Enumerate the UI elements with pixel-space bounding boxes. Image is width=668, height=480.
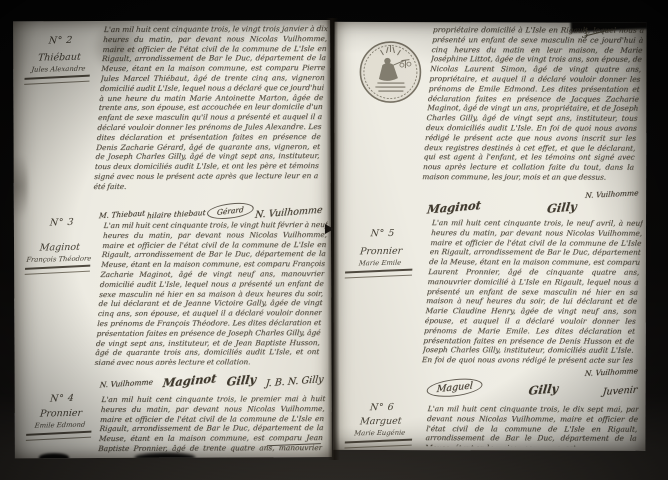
signature: N. Vuilhomme bbox=[584, 188, 638, 200]
act3-margin-given-names: François Théodore bbox=[20, 254, 97, 264]
act2-margin-number: N° 2 bbox=[22, 34, 99, 47]
margin-underline bbox=[25, 75, 91, 85]
act6-margin-note: N° 6 Marguet Marie Eugénie bbox=[339, 401, 421, 447]
signature: Gilly bbox=[547, 199, 578, 216]
act5-body-text: L'an mil huit cent cinquante trois, le n… bbox=[421, 218, 643, 367]
act3-margin-surname: Maginot bbox=[21, 241, 98, 254]
act2-margin-surname: Thiébaut bbox=[21, 51, 98, 64]
book-spread: N° 2 Thiébaut Jules Alexandre L'an mil h… bbox=[11, 17, 651, 462]
signature: Maginot bbox=[426, 198, 482, 217]
scanned-register-page: { "page": { "folio_number": "3" }, "stam… bbox=[0, 0, 668, 480]
act6-margin-surname: Marguet bbox=[341, 415, 420, 427]
act4-margin-note: N° 4 Pronnier Emile Edmond bbox=[21, 392, 101, 440]
signature: Gilly bbox=[226, 372, 257, 389]
act5-margin-number: N° 5 bbox=[343, 227, 422, 239]
signature: Maginot bbox=[162, 371, 217, 390]
act4-margin-given-names: Emile Edmond bbox=[22, 420, 99, 430]
act4-margin-surname: Pronnier bbox=[22, 407, 99, 420]
left-page: N° 2 Thiébaut Jules Alexandre L'an mil h… bbox=[13, 20, 332, 458]
act3-margin-number: N° 3 bbox=[23, 216, 100, 229]
act3-signatures: N. Vuilhomme Maginot Gilly J. B. N. Gill… bbox=[100, 363, 324, 388]
act5-margin-given-names: Marie Emile bbox=[341, 258, 420, 267]
signature: Maguel bbox=[426, 376, 483, 399]
torn-edge bbox=[135, 453, 195, 459]
act6-body-text: L'an mil huit cent cinquante trois, le d… bbox=[425, 404, 639, 447]
act3-margin-note: N° 3 Maginot François Théodore bbox=[20, 216, 101, 274]
signature: Juvenir bbox=[602, 384, 638, 397]
act2-body-text: L'an mil huit cent cinquante trois, le v… bbox=[93, 24, 328, 199]
signature: Gilly bbox=[527, 381, 558, 398]
act5-signatures-row2: Maguel Gilly Juvenir bbox=[427, 374, 638, 397]
right-page: 3 propriétaire domicilié à L'Isle en Rig… bbox=[333, 22, 646, 451]
signature: J. B. N. Gilly bbox=[265, 374, 324, 389]
binding-mark-icon bbox=[325, 224, 334, 234]
act6-margin-number: N° 6 bbox=[342, 401, 421, 413]
torn-edge bbox=[39, 453, 69, 458]
act6-margin-given-names: Marie Eugénie bbox=[340, 428, 419, 437]
act4-continuation-signatures-row2: Maginot Gilly bbox=[427, 196, 577, 214]
act4-margin-number: N° 4 bbox=[24, 392, 101, 405]
signature: M. Thiebaut bbox=[99, 209, 146, 221]
act2-margin-note: N° 2 Thiébaut Jules Alexandre bbox=[19, 34, 99, 84]
act5-margin-note: N° 5 Pronnier Marie Emile bbox=[340, 227, 423, 277]
margin-underline bbox=[345, 269, 413, 279]
act4-continuation-text: propriétaire domicilié à L'Isle en Rigau… bbox=[421, 25, 644, 190]
act5-margin-surname: Pronnier bbox=[341, 245, 420, 257]
margin-underline bbox=[25, 265, 91, 275]
margin-underline bbox=[26, 431, 92, 441]
signature: N. Vuilhomme bbox=[99, 377, 153, 389]
signature: Gérard bbox=[206, 201, 254, 221]
act2-margin-given-names: Jules Alexandre bbox=[20, 64, 97, 74]
act2-signatures: M. Thiebaut hilaire thiebaut Gérard N. V… bbox=[99, 198, 323, 219]
margin-underline bbox=[345, 439, 413, 449]
signature: hilaire thiebaut bbox=[146, 208, 205, 220]
tax-stamp-icon bbox=[356, 38, 424, 106]
gutter-shadow bbox=[326, 18, 340, 460]
signature: N. Vuilhomme bbox=[255, 205, 324, 221]
act3-body-text: L'an mil huit cent cinquante trois, le v… bbox=[95, 220, 328, 365]
